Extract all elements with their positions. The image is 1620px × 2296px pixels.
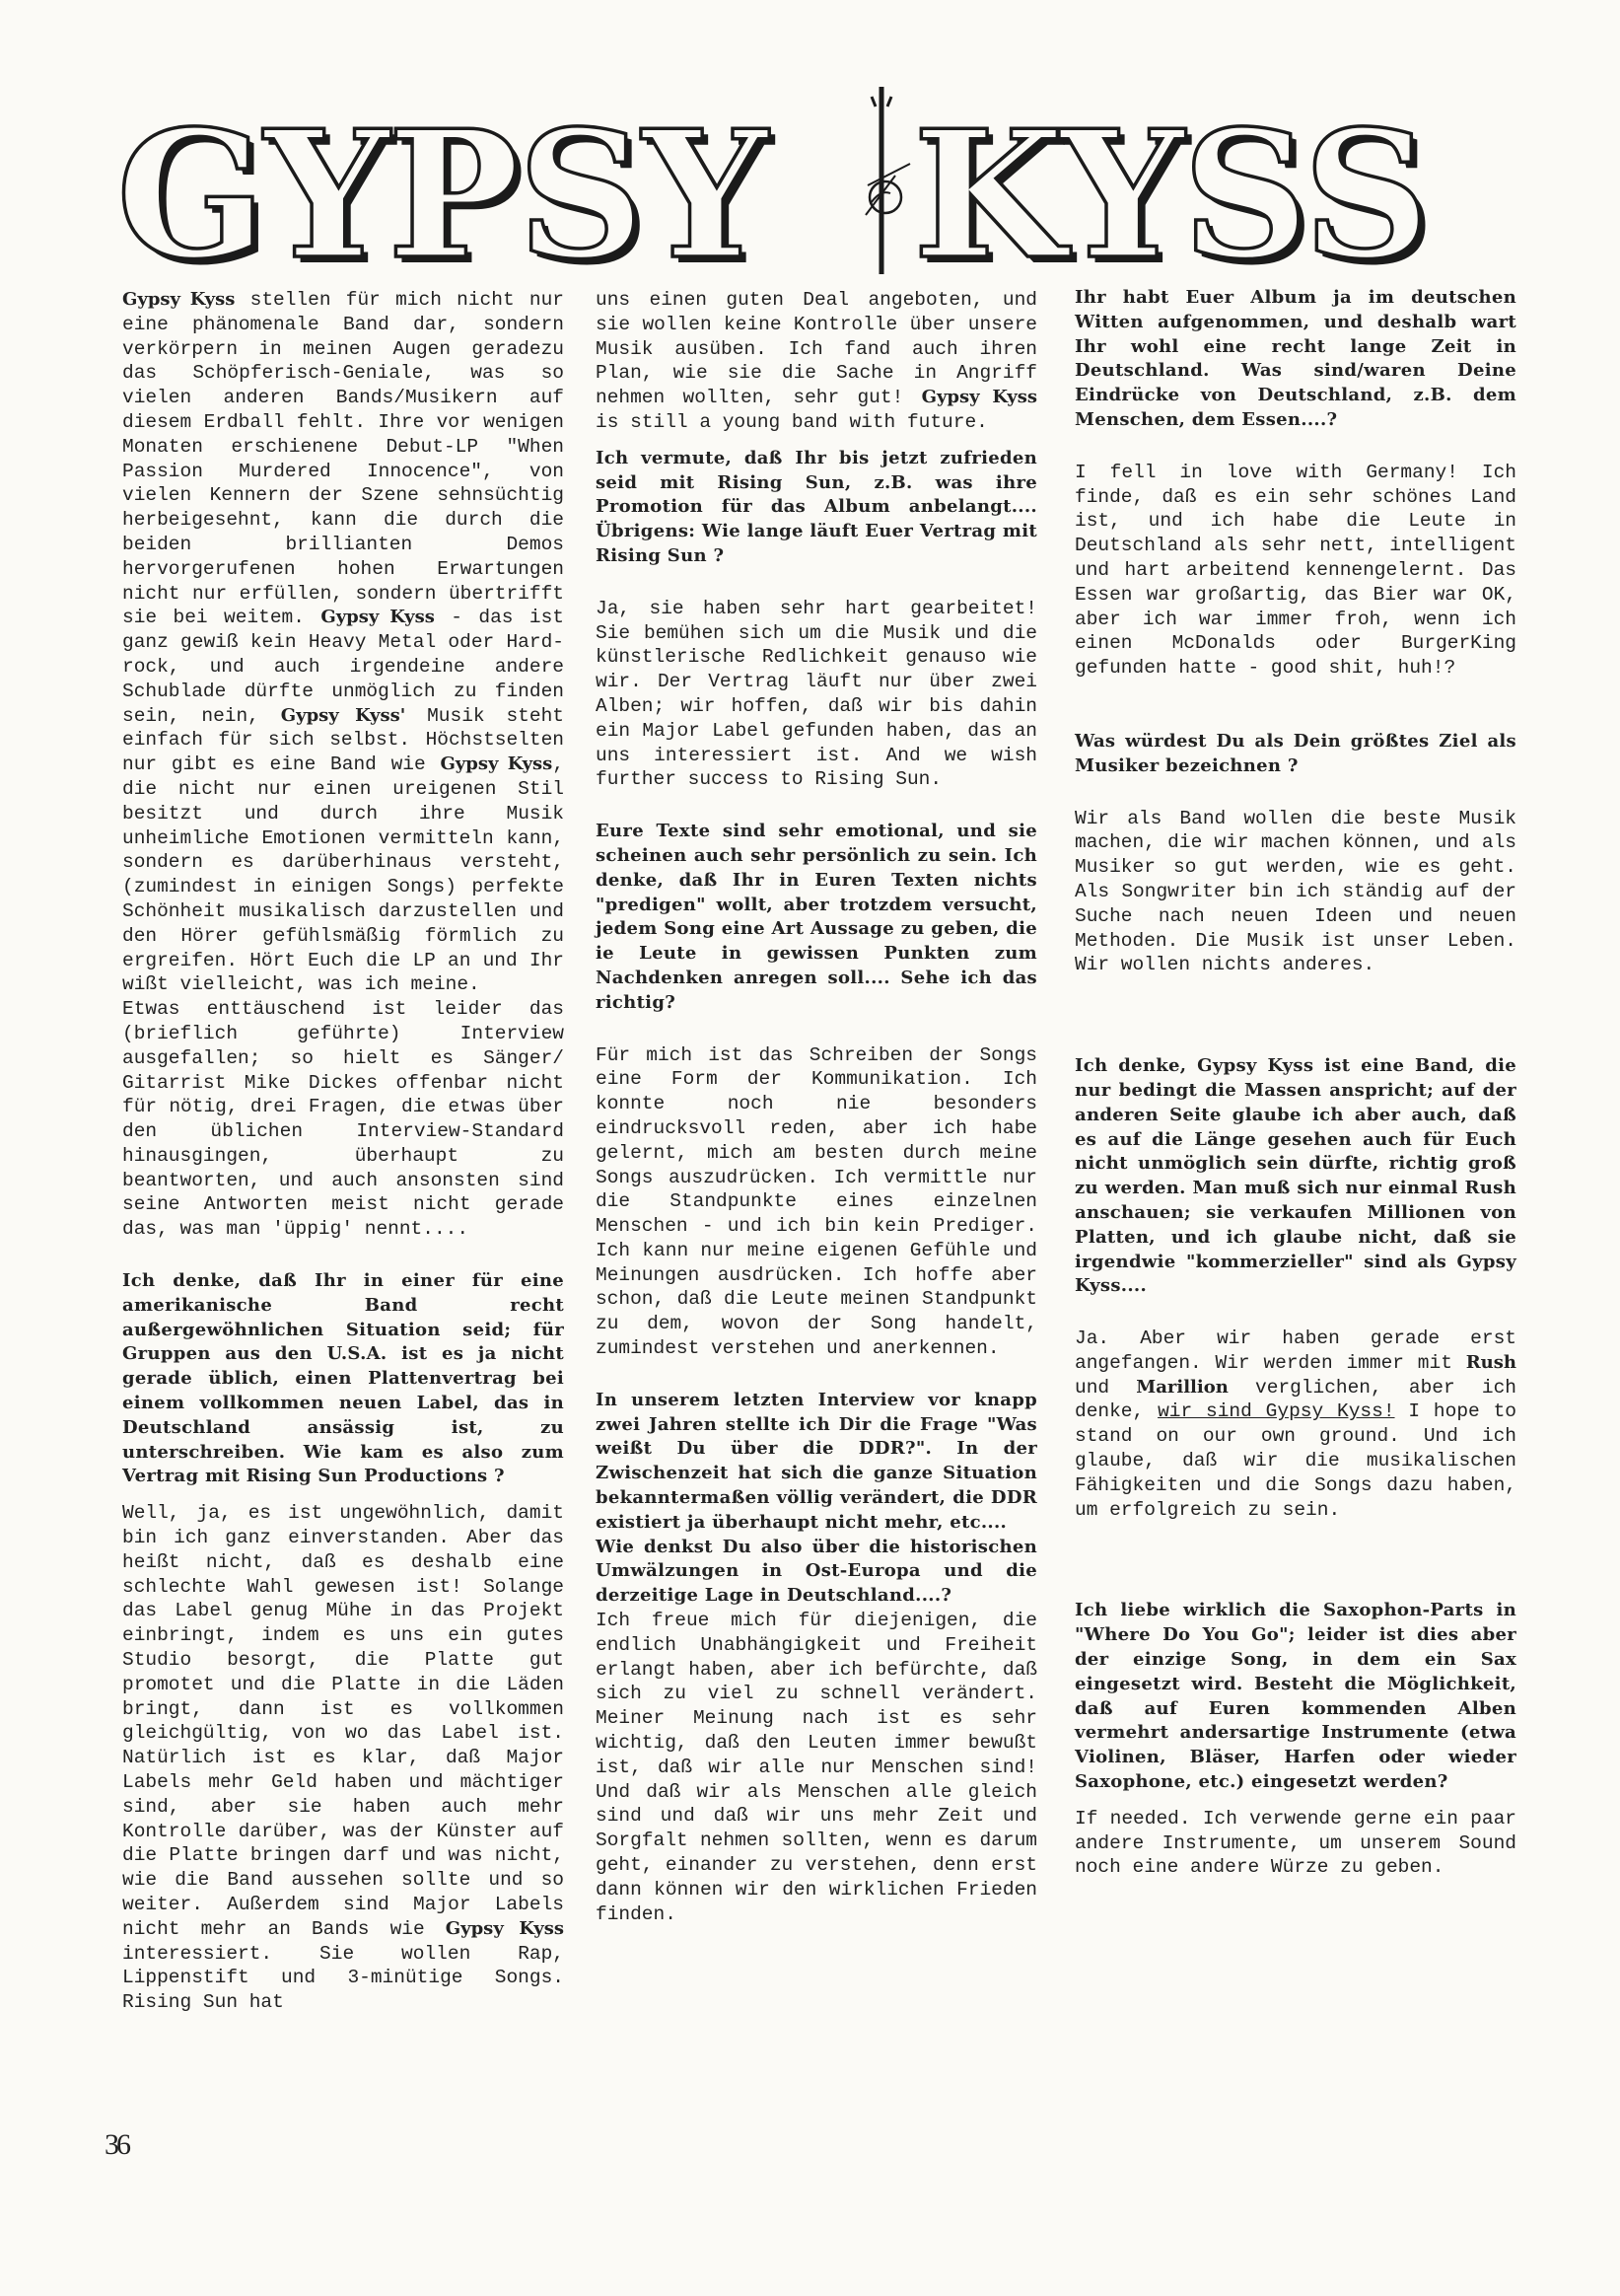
interview-question: Ihr habt Euer Album ja im deutschen Witt… <box>1075 286 1516 433</box>
title-logo: .tt { font-family: "DejaVu Serif", "Libe… <box>116 87 1497 274</box>
interview-question: Eure Texte sind sehr emotional, und sie … <box>596 820 1037 1015</box>
answer-text: Ja. Aber wir haben gerade erst angefange… <box>1075 1327 1516 1374</box>
title-left: GYPSY <box>116 92 769 274</box>
article-title: .tt { font-family: "DejaVu Serif", "Libe… <box>116 87 1497 274</box>
band-name: Rush <box>1466 1352 1516 1373</box>
band-name: Marillion <box>1136 1377 1229 1398</box>
interview-answer: uns einen guten Deal angeboten, und sie … <box>596 288 1037 435</box>
interview-question: Was würdest Du als Dein größtes Ziel als… <box>1075 730 1516 779</box>
column-1: Gypsy Kyss stellen für mich nicht nur ei… <box>122 288 564 2015</box>
page-number: 36 <box>105 2128 128 2162</box>
band-name: Gypsy Kyss <box>440 753 552 774</box>
interview-question-followup: Wie denkst Du also über die his­torische… <box>596 1536 1037 1609</box>
column-3: Ihr habt Euer Album ja im deutschen Witt… <box>1075 286 1516 1880</box>
interview-answer: Ja, sie haben sehr hart gearbeitet! Sie … <box>596 597 1037 792</box>
answer-text: und <box>1075 1377 1136 1399</box>
interview-question: Ich vermute, daß Ihr bis jetzt zufrieden… <box>596 447 1037 569</box>
interview-answer: Ja. Aber wir haben gerade erst angefange… <box>1075 1327 1516 1522</box>
interview-answer: Wir als Band wollen die beste Musik mach… <box>1075 807 1516 978</box>
interview-question: In unserem letzten Interview vor knapp z… <box>596 1389 1037 1536</box>
title-right: KYSS <box>913 92 1428 274</box>
answer-text: is still a young band with future. <box>596 411 988 433</box>
intro-paragraph-2: Etwas enttäuschend ist leider das (brief… <box>122 997 564 1242</box>
band-name: Gypsy Kyss <box>320 607 435 627</box>
interview-answer: Ich freue mich für diejenigen, die endli… <box>596 1609 1037 1926</box>
answer-text: interessiert. Sie wollen Rap, Lippenstif… <box>122 1943 564 2014</box>
interview-answer: I fell in love with Germany! Ich finde, … <box>1075 461 1516 681</box>
interview-question: Ich denke, Gypsy Kyss ist eine Band, die… <box>1075 1054 1516 1299</box>
interview-answer: If needed. Ich verwende gerne ein paar a… <box>1075 1807 1516 1880</box>
band-name: Gypsy Kyss <box>446 1918 564 1939</box>
band-name: Gypsy Kyss <box>122 289 235 310</box>
answer-text: Well, ja, es ist ungewöhnlich, damit bin… <box>122 1502 564 1940</box>
interview-answer: Well, ja, es ist ungewöhnlich, damit bin… <box>122 1501 564 2015</box>
band-name: Gypsy Kyss <box>922 387 1037 407</box>
intro-text-1: stellen für mich nicht nur eine phänomen… <box>122 289 564 628</box>
interview-question: Ich denke, daß Ihr in einer für eine ame… <box>122 1269 564 1489</box>
interview-question: Ich liebe wirklich die Saxophon-Parts in… <box>1075 1599 1516 1794</box>
column-2: uns einen guten Deal angeboten, und sie … <box>596 288 1037 1926</box>
interview-answer: Für mich ist das Schreiben der Songs ein… <box>596 1043 1037 1361</box>
dagger-rose-icon <box>866 87 910 274</box>
underlined-quote: wir sind Gypsy Kyss! <box>1158 1400 1394 1422</box>
band-name: Gypsy Kyss' <box>281 705 406 726</box>
intro-paragraph: Gypsy Kyss stellen für mich nicht nur ei… <box>122 288 564 997</box>
intro-text-4: , die nicht nur einen ureigenen Stil bes… <box>122 753 564 995</box>
